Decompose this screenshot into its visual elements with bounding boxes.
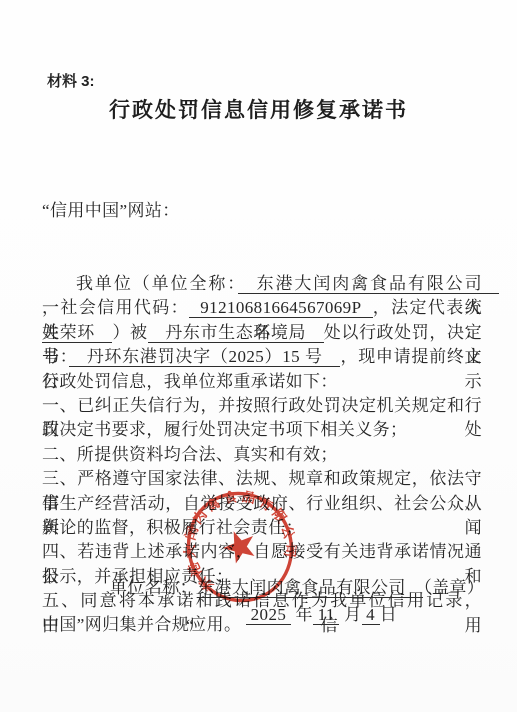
printed-text: 月 <box>339 605 361 624</box>
printed-text: 日 <box>380 605 397 624</box>
printed-text: 罚决定书要求，履行处罚决定书项下相关义务； <box>42 420 407 439</box>
date-line: 2025 年 11 月 4 日 <box>246 600 397 625</box>
printed-text: 二、所提供资料均合法、真实和有效； <box>42 445 338 464</box>
printed-text: 单位名称： <box>110 578 197 597</box>
document-page: 材料 3: 行政处罚信息信用修复承诺书 “信用中国”网站： 我单位（单位全称： … <box>0 0 517 712</box>
body-line: 二、所提供资料均合法、真实和有效； <box>42 443 482 467</box>
filled-in-value: 关荣环 <box>42 323 112 343</box>
filled-in-value: 2025 <box>246 605 291 625</box>
material-label: 材料 3: <box>47 70 95 91</box>
document-title: 行政处罚信息信用修复承诺书 <box>0 94 517 124</box>
salutation: “信用中国”网站： <box>42 199 482 223</box>
filled-in-value: 丹东市生态环境局 <box>148 323 324 343</box>
body-line: 三、严格遵守国家法律、法规、规章和政策规定，依法守信从 <box>42 467 482 491</box>
body-line: 一社会信用代码： 91210681664567069P ，法定代表人姓名： <box>42 296 482 320</box>
printed-text: 中国”网归集并合规应用。 <box>42 615 241 634</box>
printed-text: 舆论的监督，积极履行社会责任； <box>42 518 303 537</box>
printed-text: 我单位（单位全称： <box>76 274 238 293</box>
body-line: 号： 丹环东港罚决字（2025）15 号 ，现申请提前终止公示 <box>42 345 482 369</box>
printed-text: ）被 <box>112 323 147 342</box>
signature-line: 单位名称：东港大闰肉禽食品有限公司 （盖章） <box>110 573 484 598</box>
body-line: 我单位（单位全称： 东港大闰肉禽食品有限公司 ，统 <box>42 272 482 296</box>
filled-in-value: 丹环东港罚决字（2025）15 号 <box>69 347 341 367</box>
filled-in-value: 11 <box>313 605 339 625</box>
printed-text: 一社会信用代码： <box>42 298 189 317</box>
printed-text: 年 <box>291 605 313 624</box>
printed-text: （盖章） <box>423 578 484 597</box>
filled-in-value: 东港大闰肉禽食品有限公司 <box>197 578 423 598</box>
filled-in-value: 4 <box>362 605 380 625</box>
filled-in-value: 91210681664567069P <box>189 298 373 318</box>
printed-text: 号： <box>42 347 69 366</box>
body-line: 关荣环 ）被 丹东市生态环境局 处以行政处罚，决定书文 <box>42 321 482 345</box>
body-line: 一、已纠正失信行为，并按照行政处罚决定机关规定和行政处 <box>42 394 482 418</box>
body-line: 事生产经营活动，自觉接受政府、行业组织、社会公众、新闻 <box>42 492 482 516</box>
body-line: 四、若违背上述承诺内容，自愿接受有关违背承诺情况通报和 <box>42 540 482 564</box>
printed-text: 行政处罚信息，我单位郑重承诺如下： <box>42 372 338 391</box>
filled-in-value: 东港大闰肉禽食品有限公司 <box>238 274 500 294</box>
